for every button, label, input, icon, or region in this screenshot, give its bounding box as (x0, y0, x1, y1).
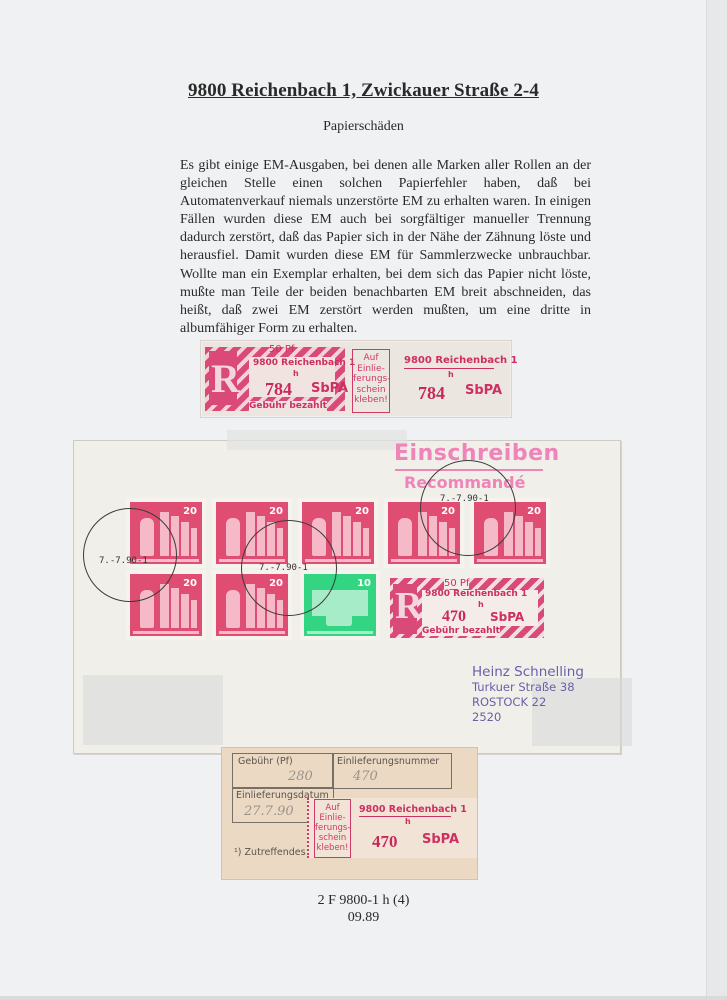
fee-text: 50 Pf (269, 344, 294, 355)
postmark-date: 7.-7.90-1 (440, 494, 489, 504)
code-text: SbPA (490, 610, 524, 624)
aufbox-line: schein (353, 385, 389, 396)
stamp-figure (226, 590, 240, 628)
right-suffix-text: h (448, 370, 454, 379)
em-number: 470 (442, 608, 466, 626)
em-number: 784 (265, 379, 292, 400)
receipt-number: 470 (372, 832, 398, 852)
right-office-text: 9800 Reichenbach 1 (404, 355, 518, 366)
catalog-caption: 2 F 9800-1 h (4) 09.89 (0, 892, 727, 926)
stamp-motif (353, 522, 361, 556)
recipient-name: Heinz Schnelling (472, 664, 584, 680)
stamp-inscription (391, 559, 457, 562)
em-label-strip: R 50 Pf 9800 Reichenbach 1 h 784 SbPA Ge… (200, 340, 512, 418)
receipt-office: 9800 Reichenbach 1 (359, 804, 467, 815)
aufbox-line: schein (315, 833, 350, 843)
em-label-on-cover: R 50 Pf 9800 Reichenbach 1 h 470 SbPA Ge… (390, 578, 544, 638)
stamp-figure (226, 518, 240, 556)
suffix-text: h (293, 369, 299, 378)
stamp-figure (398, 518, 412, 556)
stamp-value: 10 (357, 578, 371, 589)
stamp-value: 20 (355, 506, 369, 517)
stamp-motif (160, 584, 169, 628)
stamp-motif (343, 516, 351, 556)
aufbox-line: Einlie- (353, 364, 389, 375)
aufbox-line: kleben! (353, 395, 389, 406)
number-value: 470 (353, 769, 378, 784)
stamp-figure (326, 598, 352, 626)
stamp-motif (191, 600, 197, 628)
aufbox-line: ferungs- (353, 374, 389, 385)
aufbox-line: ferungs- (315, 823, 350, 833)
recipient-address: Heinz Schnelling Turkuer Straße 38 ROSTO… (472, 664, 584, 725)
stamp-motif (181, 522, 189, 556)
page-bottom-edge (0, 996, 727, 1000)
page-subtitle: Papierschäden (0, 119, 727, 135)
footer-text: Gebühr bezahlt (249, 401, 327, 411)
auf-einlieferungsschein-box: Auf Einlie- ferungs- schein kleben! (314, 799, 351, 858)
stamp-inscription (219, 631, 285, 634)
stamp-motif (525, 522, 533, 556)
right-code-text: SbPA (465, 383, 502, 398)
aufbox-line: Auf (315, 803, 350, 813)
stamp-inscription (133, 631, 199, 634)
mount-sleeve (227, 430, 407, 450)
aufbox-line: Einlie- (315, 813, 350, 823)
stamp-inscription (307, 631, 373, 634)
stamp-value: 20 (269, 506, 283, 517)
postmark-date: 7.-7.90-1 (99, 556, 148, 566)
stamp-motif (171, 588, 179, 628)
recipient-postcode: 2520 (472, 710, 584, 725)
date-value: 27.7.90 (244, 804, 294, 819)
stamp-value: 20 (527, 506, 541, 517)
footnote: ¹) Zutreffendes (234, 847, 306, 858)
page-title: 9800 Reichenbach 1, Zwickauer Straße 2-4 (0, 80, 727, 102)
footer-text: Gebühr bezahlt (422, 626, 500, 636)
aufbox-line: kleben! (315, 843, 350, 853)
aufbox-line: Auf (353, 353, 389, 364)
stamp-value: 20 (183, 506, 197, 517)
stamp-motif (515, 516, 523, 556)
page-edge (706, 0, 727, 1000)
fee-text: 50 Pf (444, 578, 469, 589)
recipient-street: Turkuer Straße 38 (472, 680, 584, 695)
receipt-suffix: h (405, 817, 411, 826)
fee-label: Gebühr (Pf) (238, 756, 293, 767)
posting-receipt: Gebühr (Pf) 280 Einlieferungsnummer 470 … (221, 747, 478, 880)
r-letter: R (211, 355, 240, 402)
description-paragraph: Es gibt einige EM-Ausgaben, bei denen al… (180, 157, 591, 338)
right-em-number: 784 (418, 383, 445, 404)
postmark-right (420, 460, 516, 556)
office-text: 9800 Reichenbach 1 (253, 358, 355, 368)
r-letter: R (395, 584, 422, 628)
stamp-motif (535, 528, 541, 556)
postmark-date: 7.-7.90-1 (259, 563, 308, 573)
auf-einlieferungsschein-box: Auf Einlie- ferungs- schein kleben! (352, 349, 390, 413)
stamp-inscription (477, 559, 543, 562)
stamp-motif (191, 528, 197, 556)
stamp-value: 20 (183, 578, 197, 589)
suffix-text: h (478, 600, 484, 609)
stamp-motif (181, 594, 189, 628)
number-label: Einlieferungsnummer (337, 756, 439, 767)
stamp-motif (363, 528, 369, 556)
receipt-code: SbPA (422, 832, 459, 847)
catalog-date: 09.89 (0, 909, 727, 926)
recipient-city: ROSTOCK 22 (472, 695, 584, 710)
fee-value: 280 (288, 769, 313, 784)
catalog-number: 2 F 9800-1 h (4) (0, 892, 727, 909)
code-text: SbPA (311, 381, 348, 396)
office-text: 9800 Reichenbach 1 (425, 589, 527, 599)
postmark-left (83, 508, 177, 602)
perforation (307, 798, 309, 858)
office-underline (404, 368, 494, 369)
mount-corner-left (83, 675, 223, 745)
